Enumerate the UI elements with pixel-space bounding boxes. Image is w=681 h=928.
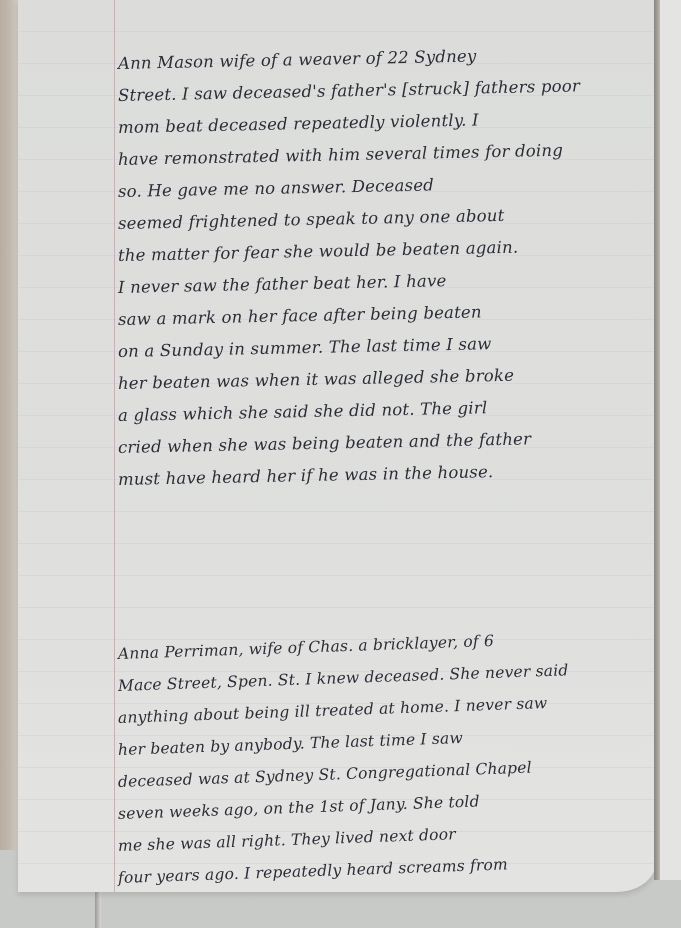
document-scan: Ann Mason wife of a weaver of 22 Sydney … <box>0 0 681 928</box>
blank-space <box>118 496 646 638</box>
book-spine-shadow <box>654 0 660 880</box>
testimony-ann-mason: Ann Mason wife of a weaver of 22 Sydney … <box>118 48 646 496</box>
testimony-anna-perriman: Anna Perriman, wife of Chas. a bricklaye… <box>118 638 646 894</box>
book-edge-left <box>0 0 18 850</box>
handwritten-text: Ann Mason wife of a weaver of 22 Sydney … <box>118 48 646 894</box>
facing-page-edge <box>660 0 681 880</box>
margin-rule <box>114 0 115 892</box>
